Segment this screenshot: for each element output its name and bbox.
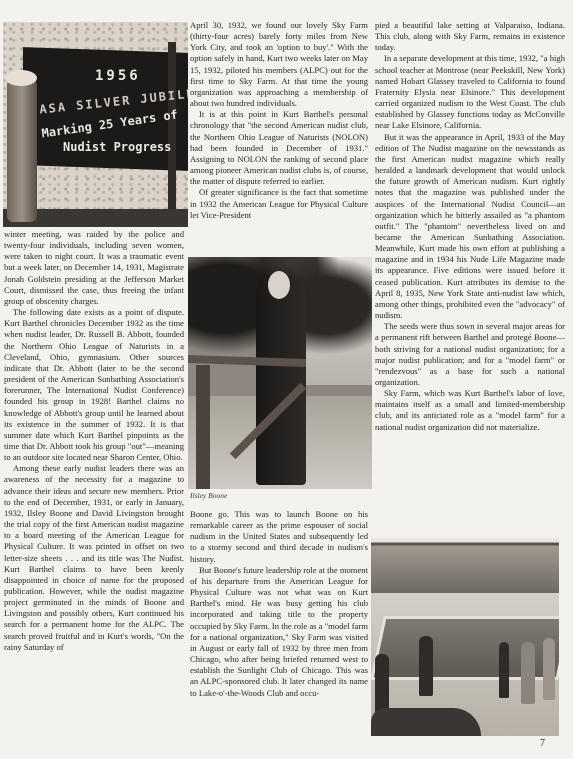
photo-shrub [371, 708, 481, 736]
photo-person [419, 636, 433, 696]
paragraph: The seeds were thus sown in several majo… [375, 321, 565, 388]
photo-person [521, 642, 535, 704]
paragraph: But it was the appearance in April, 1933… [375, 132, 565, 322]
paragraph: But Boone's future leadership role at th… [190, 565, 368, 699]
column-1: winter meeting, was raided by the police… [4, 229, 184, 653]
photo-caption: Ilsley Boone [190, 491, 227, 500]
column-2-top: April 30, 1932, we found our lovely Sky … [190, 20, 368, 221]
paragraph: pied a beautiful lake setting at Valpara… [375, 20, 565, 53]
photo-hat [5, 70, 37, 86]
photo-person [375, 654, 389, 714]
photo-field [371, 538, 559, 593]
banner-text-year: 1956 [95, 68, 141, 84]
paragraph: Sky Farm, which was Kurt Barthel's labor… [375, 388, 565, 433]
photo-pole [168, 42, 176, 212]
column-3: pied a beautiful lake setting at Valpara… [375, 20, 565, 433]
paragraph: In a separate development at this time, … [375, 53, 565, 131]
paragraph: Boone go. This was to launch Boone on hi… [190, 509, 368, 565]
photo-ilsley-boone [188, 257, 372, 489]
paragraph: April 30, 1932, we found our lovely Sky … [190, 20, 368, 109]
page-number: 7 [540, 738, 545, 749]
photo-person [499, 642, 509, 698]
banner-text-progress: Nudist Progress [63, 140, 171, 154]
paragraph: It is at this point in Kurt Barthel's pe… [190, 109, 368, 187]
photo-man [256, 275, 306, 485]
paragraph: Of greater significance is the fact that… [190, 187, 368, 220]
photo-pool-scene [371, 538, 559, 736]
photo-silver-jubilee-banner: 1956 ASA SILVER JUBILEE Marking 25 Years… [3, 22, 188, 227]
column-2-bottom: Boone go. This was to launch Boone on hi… [190, 509, 368, 699]
photo-figure [7, 72, 37, 222]
photo-person [543, 638, 555, 700]
paragraph: winter meeting, was raided by the police… [4, 229, 184, 307]
paragraph: Among these early nudist leaders there w… [4, 463, 184, 653]
photo-head [268, 271, 290, 299]
photo-post [196, 365, 210, 489]
paragraph: The following date exists as a point of … [4, 307, 184, 463]
